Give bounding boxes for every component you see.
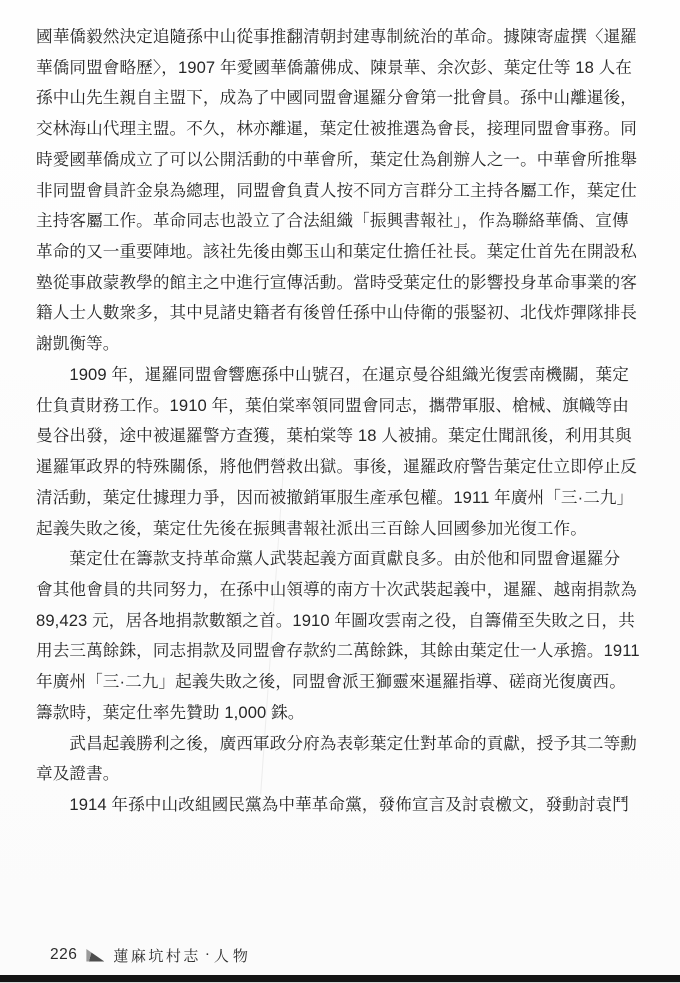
text-line: 塾從事啟蒙教學的館主之中進行宣傳活動。當時受葉定仕的影響投身革命事業的客 bbox=[36, 268, 642, 299]
text-line: 仕負責財務工作。1910 年，葉伯棠率領同盟會同志，攜帶軍服、槍械、旗幟等由 bbox=[36, 391, 642, 422]
text-line: 交林海山代理主盟。不久，林亦離暹，葉定仕被推選為會長，接理同盟會事務。同 bbox=[36, 114, 642, 145]
section-name: 人物 bbox=[214, 945, 252, 966]
book-title: 蓮麻坑村志 bbox=[113, 945, 201, 966]
text-line: 革命的又一重要陣地。該社先後由鄭玉山和葉定仕擔任社長。葉定仕首先在開設私 bbox=[36, 237, 642, 268]
text-line: 1914 年孫中山改組國民黨為中華革命黨，發佈宣言及討袁檄文，發動討袁鬥 bbox=[36, 790, 642, 821]
text-line: 章及證書。 bbox=[36, 759, 642, 790]
text-line: 謝凱衡等。 bbox=[36, 329, 642, 360]
text-line: 曼谷出發，途中被暹羅警方查獲，葉柏棠等 18 人被捕。葉定仕聞訊後，利用其與 bbox=[36, 421, 642, 452]
text-line: 主持客屬工作。革命同志也設立了合法組織「振興書報社」，作為聯絡華僑、宣傳 bbox=[36, 206, 642, 237]
text-line: 籍人士人數衆多，其中見諸史籍者有後曾任孫中山侍衛的張鋻初、北伐炸彈隊排長 bbox=[36, 298, 642, 329]
text-line: 會其他會員的共同努力，在孫中山領導的南方十次武裝起義中，暹羅、越南捐款為 bbox=[36, 575, 642, 606]
text-line: 年廣州「三·二九」起義失敗之後，同盟會派王獅靈來暹羅指導、磋商光復廣西。 bbox=[36, 667, 642, 698]
text-line: 武昌起義勝利之後，廣西軍政分府為表彰葉定仕對革命的貢獻，授予其二等勳 bbox=[36, 729, 642, 760]
scanned-book-page: 國華僑毅然決定追隨孫中山從事推翻清朝封建專制統治的革命。據陳寄虛撰〈暹羅 華僑同… bbox=[0, 0, 680, 983]
text-line: 葉定仕在籌款支持革命黨人武裝起義方面貢獻良多。由於他和同盟會暹羅分 bbox=[36, 544, 642, 575]
text-line: 時愛國華僑成立了可以公開活動的中華會所，葉定仕為創辦人之一。中華會所推舉 bbox=[36, 145, 642, 176]
scan-edge-black-band bbox=[0, 975, 680, 982]
text-line: 孫中山先生親自主盟下，成為了中國同盟會暹羅分會第一批會員。孫中山離暹後， bbox=[36, 83, 642, 114]
page-footer: 226 蓮麻坑村志 · 人物 bbox=[50, 944, 252, 966]
text-line: 暹羅軍政界的特殊關係，將他們營救出獄。事後，暹羅政府警告葉定仕立即停止反 bbox=[36, 452, 642, 483]
page-number: 226 bbox=[50, 946, 77, 964]
text-line: 用去三萬餘銖，同志捐款及同盟會存款約二萬餘銖，其餘由葉定仕一人承擔。1911 bbox=[36, 636, 642, 667]
triangle-section-marker-icon bbox=[86, 949, 104, 962]
text-line: 清活動，葉定仕據理力爭，因而被撤銷軍服生產承包權。1911 年廣州「三·二九」 bbox=[36, 483, 642, 514]
text-line: 國華僑毅然決定追隨孫中山從事推翻清朝封建專制統治的革命。據陳寄虛撰〈暹羅 bbox=[36, 22, 642, 53]
text-line: 籌款時，葉定仕率先贊助 1,000 銖。 bbox=[36, 698, 642, 729]
text-line: 起義失敗之後，葉定仕先後在振興書報社派出三百餘人回國參加光復工作。 bbox=[36, 514, 642, 545]
text-line: 1909 年，暹羅同盟會響應孫中山號召，在暹京曼谷組織光復雲南機關，葉定 bbox=[36, 360, 642, 391]
body-text: 國華僑毅然決定追隨孫中山從事推翻清朝封建專制統治的革命。據陳寄虛撰〈暹羅 華僑同… bbox=[36, 22, 642, 821]
title-separator-dot: · bbox=[205, 947, 210, 964]
text-line: 89,423 元，居各地捐款數額之首。1910 年圖攻雲南之役，自籌備至失敗之日… bbox=[36, 606, 642, 637]
text-line: 華僑同盟會略歷〉，1907 年愛國華僑蕭佛成、陳景華、余次彭、葉定仕等 18 人… bbox=[36, 53, 642, 84]
text-line: 非同盟會員許金泉為總理，同盟會負責人按不同方言群分工主持各屬工作，葉定仕 bbox=[36, 176, 642, 207]
